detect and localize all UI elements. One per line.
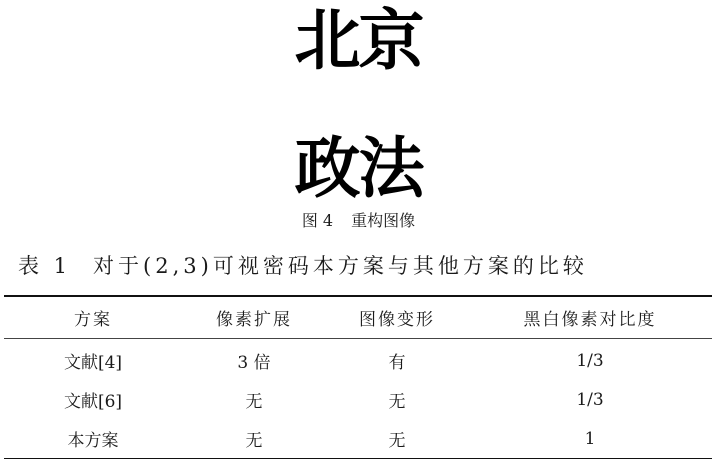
cell-contrast: 1	[468, 419, 712, 459]
column-header-contrast: 黑白像素对比度	[468, 296, 712, 339]
table-title: 表 1对于(2,3)可视密码本方案与其他方案的比较	[18, 252, 588, 280]
cell-pixel-expansion: 3 倍	[182, 339, 326, 381]
cell-image-distortion: 无	[326, 419, 468, 459]
table-title-text: 对于(2,3)可视密码本方案与其他方案的比较	[93, 254, 588, 278]
comparison-table: 方案 像素扩展 图像变形 黑白像素对比度 文献[4] 3 倍 有 1/3 文献[…	[4, 295, 712, 459]
cell-scheme: 文献[6]	[4, 380, 182, 419]
column-header-pixel-expansion: 像素扩展	[182, 296, 326, 339]
cell-pixel-expansion: 无	[182, 419, 326, 459]
figure-caption: 图 4重构图像	[0, 211, 717, 231]
reconstructed-image-line-1: 北京	[0, 8, 717, 74]
cell-image-distortion: 无	[326, 380, 468, 419]
figure-number: 图 4	[302, 211, 333, 230]
cell-pixel-expansion: 无	[182, 380, 326, 419]
table-header-row: 方案 像素扩展 图像变形 黑白像素对比度	[4, 296, 712, 339]
reconstructed-image-line-2: 政法	[0, 136, 717, 202]
cell-contrast: 1/3	[468, 339, 712, 381]
figure-caption-text: 重构图像	[351, 211, 415, 230]
column-header-image-distortion: 图像变形	[326, 296, 468, 339]
table-number: 表 1	[18, 254, 71, 278]
cell-image-distortion: 有	[326, 339, 468, 381]
table-row: 文献[4] 3 倍 有 1/3	[4, 339, 712, 381]
table-row: 本方案 无 无 1	[4, 419, 712, 459]
cell-scheme: 文献[4]	[4, 339, 182, 381]
cell-scheme: 本方案	[4, 419, 182, 459]
cell-contrast: 1/3	[468, 380, 712, 419]
table-row: 文献[6] 无 无 1/3	[4, 380, 712, 419]
column-header-scheme: 方案	[4, 296, 182, 339]
